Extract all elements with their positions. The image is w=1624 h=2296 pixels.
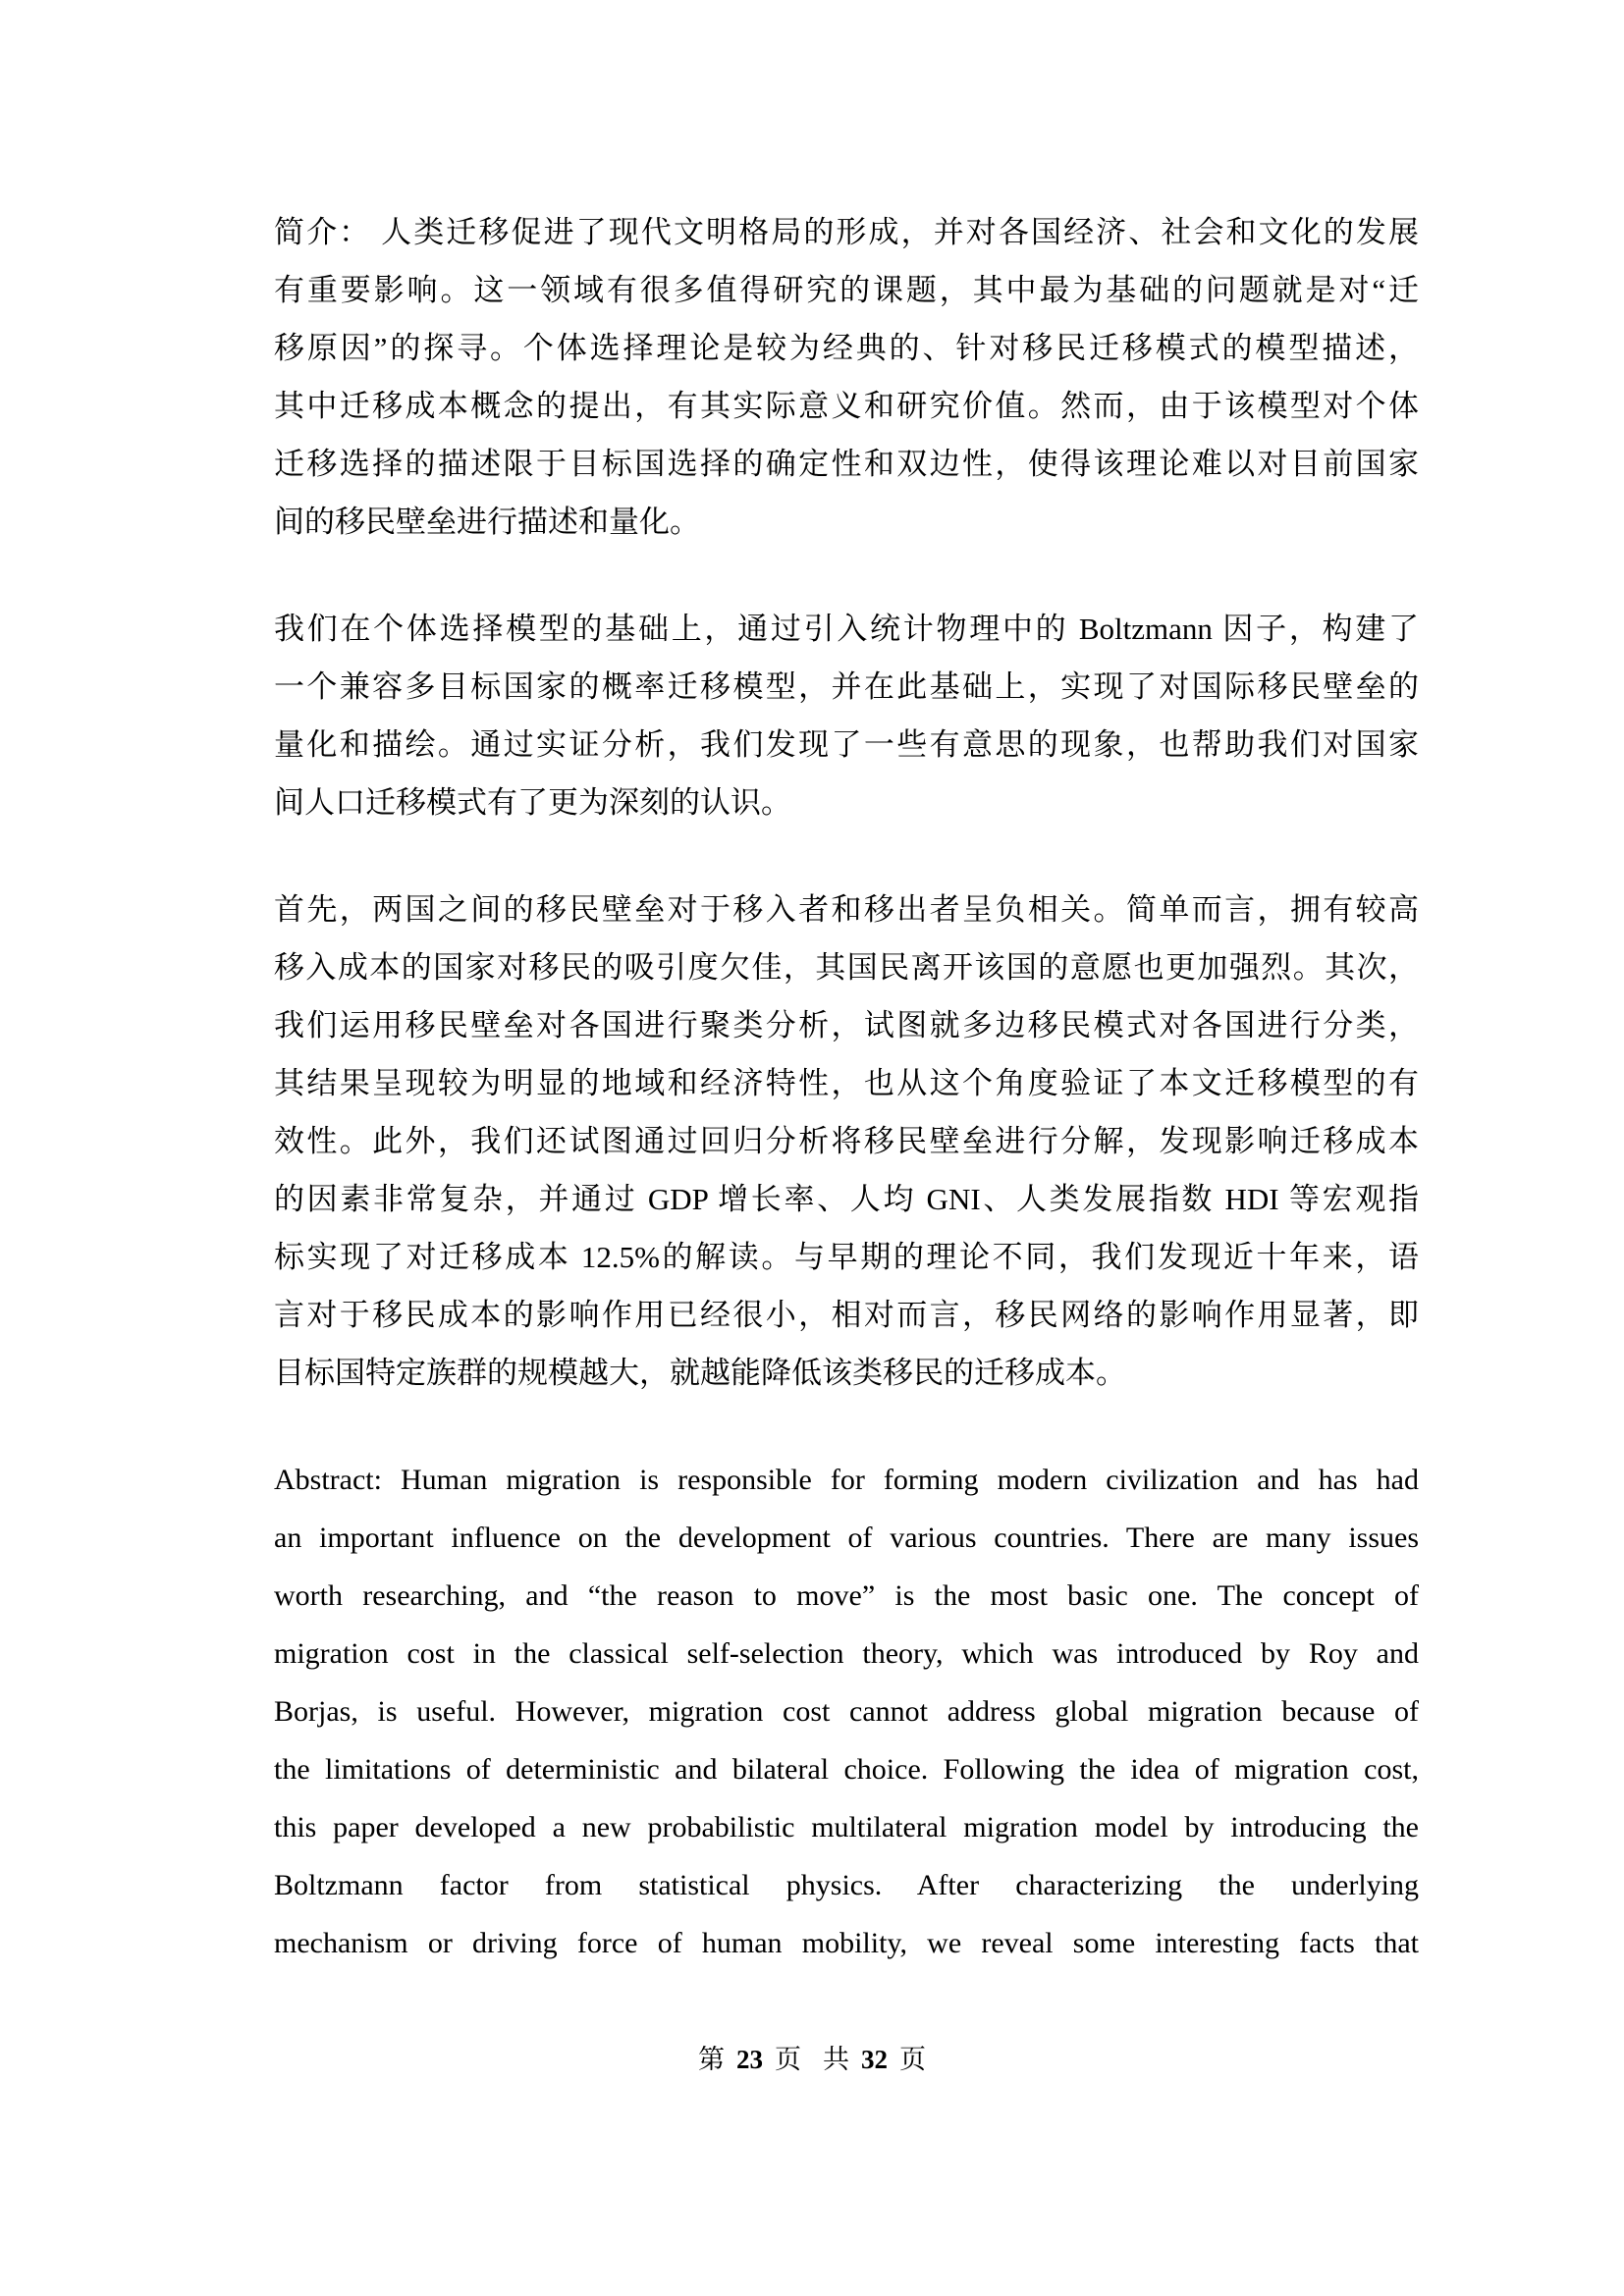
- text-line: 量化和描绘。通过实证分析，我们发现了一些有意思的现象，也帮助我们对国家: [274, 716, 1419, 774]
- paragraph-findings-zh: 首先，两国之间的移民壁垒对于移入者和移出者呈负相关。简单而言，拥有较高 移入成本…: [274, 881, 1419, 1402]
- text-line: 其结果呈现较为明显的地域和经济特性，也从这个角度验证了本文迁移模型的有: [274, 1054, 1419, 1112]
- text-line: the limitations of deterministic and bil…: [274, 1740, 1419, 1798]
- page-footer: 第23页共32页: [0, 2045, 1624, 2074]
- footer-prefix-label: 第: [698, 2045, 725, 2074]
- text-line: 目标国特定族群的规模越大，就越能降低该类移民的迁移成本。: [274, 1344, 1419, 1402]
- footer-current-page-number: 23: [736, 2045, 763, 2074]
- paragraph-abstract-en: Abstract: Human migration is responsible…: [274, 1451, 1419, 1972]
- text-line: 言对于移民成本的影响作用已经很小，相对而言，移民网络的影响作用显著，即: [274, 1286, 1419, 1344]
- text-line: 迁移选择的描述限于目标国选择的确定性和双边性，使得该理论难以对目前国家: [274, 435, 1419, 493]
- text-line: 我们在个体选择模型的基础上，通过引入统计物理中的 Boltzmann 因子，构建…: [274, 600, 1419, 658]
- paragraph-model-zh: 我们在个体选择模型的基础上，通过引入统计物理中的 Boltzmann 因子，构建…: [274, 600, 1419, 831]
- text-line: mechanism or driving force of human mobi…: [274, 1914, 1419, 1972]
- text-line: 间的移民壁垒进行描述和量化。: [274, 493, 1419, 551]
- text-line: 的因素非常复杂，并通过 GDP 增长率、人均 GNI、人类发展指数 HDI 等宏…: [274, 1170, 1419, 1228]
- text-line: Borjas, is useful. However, migration co…: [274, 1682, 1419, 1740]
- footer-total-label: 共: [823, 2045, 849, 2074]
- text-line: Abstract: Human migration is responsible…: [274, 1451, 1419, 1509]
- text-line: Boltzmann factor from statistical physic…: [274, 1856, 1419, 1914]
- text-line: 简介： 人类迁移促进了现代文明格局的形成，并对各国经济、社会和文化的发展: [274, 203, 1419, 261]
- text-line: 移原因”的探寻。个体选择理论是较为经典的、针对移民迁移模式的模型描述，: [274, 319, 1419, 377]
- document-page: 简介： 人类迁移促进了现代文明格局的形成，并对各国经济、社会和文化的发展 有重要…: [0, 0, 1624, 2296]
- text-line: 标实现了对迁移成本 12.5%的解读。与早期的理论不同，我们发现近十年来，语: [274, 1228, 1419, 1286]
- text-line: 我们运用移民壁垒对各国进行聚类分析，试图就多边移民模式对各国进行分类，: [274, 996, 1419, 1054]
- paragraph-intro-zh: 简介： 人类迁移促进了现代文明格局的形成，并对各国经济、社会和文化的发展 有重要…: [274, 203, 1419, 551]
- text-line: 移入成本的国家对移民的吸引度欠佳，其国民离开该国的意愿也更加强烈。其次，: [274, 938, 1419, 996]
- text-line: 效性。此外，我们还试图通过回归分析将移民壁垒进行分解，发现影响迁移成本: [274, 1112, 1419, 1170]
- text-line: 间人口迁移模式有了更为深刻的认识。: [274, 774, 1419, 831]
- document-body: 简介： 人类迁移促进了现代文明格局的形成，并对各国经济、社会和文化的发展 有重要…: [274, 203, 1419, 1972]
- text-line: migration cost in the classical self-sel…: [274, 1625, 1419, 1682]
- text-line: this paper developed a new probabilistic…: [274, 1798, 1419, 1856]
- text-line: 有重要影响。这一领域有很多值得研究的课题，其中最为基础的问题就是对“迁: [274, 261, 1419, 319]
- text-line: 一个兼容多目标国家的概率迁移模型，并在此基础上，实现了对国际移民壁垒的: [274, 658, 1419, 716]
- text-line: an important influence on the developmen…: [274, 1509, 1419, 1567]
- footer-page-unit: 页: [899, 2045, 926, 2074]
- footer-total-pages-number: 32: [861, 2045, 888, 2074]
- text-line: 首先，两国之间的移民壁垒对于移入者和移出者呈负相关。简单而言，拥有较高: [274, 881, 1419, 938]
- text-line: 其中迁移成本概念的提出，有其实际意义和研究价值。然而，由于该模型对个体: [274, 377, 1419, 435]
- footer-page-unit: 页: [775, 2045, 801, 2074]
- text-line: worth researching, and “the reason to mo…: [274, 1567, 1419, 1625]
